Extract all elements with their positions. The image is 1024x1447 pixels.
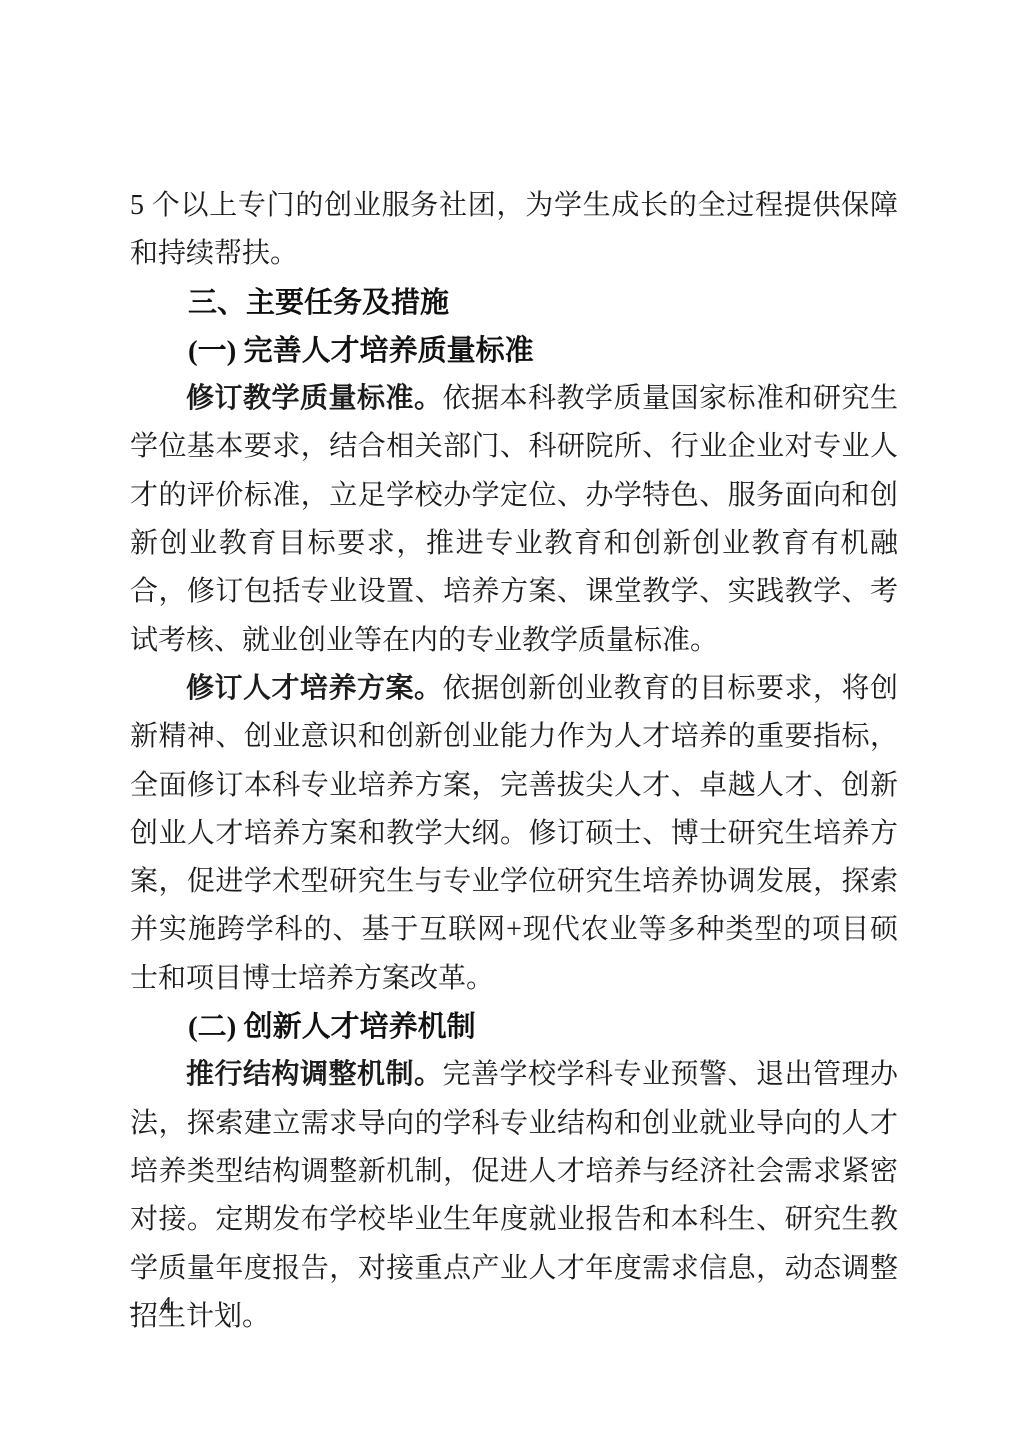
subsection-1-heading: (一) 完善人才培养质量标准	[130, 327, 898, 375]
paragraph-2-text: 依据创新创业教育的目标要求，将创新精神、创业意识和创新创业能力作为人才培养的重要…	[130, 673, 898, 994]
paragraph-3-text: 完善学校学科专业预警、退出管理办法，探索建立需求导向的学科专业结构和创业就业导向…	[130, 1059, 898, 1331]
body-paragraph-1: 修订教学质量标准。依据本科教学质量国家标准和研究生学位基本要求，结合相关部门、科…	[130, 375, 898, 665]
page-number: – 4 –	[130, 1288, 208, 1324]
section-heading: 三、主要任务及措施	[130, 279, 898, 327]
continuation-paragraph: 5 个以上专门的创业服务社团，为学生成长的全过程提供保障和持续帮扶。	[130, 182, 898, 279]
body-paragraph-3: 推行结构调整机制。完善学校学科专业预警、退出管理办法，探索建立需求导向的学科专业…	[130, 1051, 898, 1341]
paragraph-1-text: 依据本科教学质量国家标准和研究生学位基本要求，结合相关部门、科研院所、行业企业对…	[130, 383, 898, 655]
document-page: 5 个以上专门的创业服务社团，为学生成长的全过程提供保障和持续帮扶。 三、主要任…	[0, 0, 1024, 1447]
document-body: 5 个以上专门的创业服务社团，为学生成长的全过程提供保障和持续帮扶。 三、主要任…	[130, 182, 898, 1341]
paragraph-3-lead: 推行结构调整机制。	[186, 1059, 443, 1090]
paragraph-1-lead: 修订教学质量标准。	[186, 383, 443, 414]
subsection-2-heading: (二) 创新人才培养机制	[130, 1003, 898, 1051]
paragraph-2-lead: 修订人才培养方案。	[186, 673, 443, 704]
body-paragraph-2: 修订人才培养方案。依据创新创业教育的目标要求，将创新精神、创业意识和创新创业能力…	[130, 665, 898, 1003]
